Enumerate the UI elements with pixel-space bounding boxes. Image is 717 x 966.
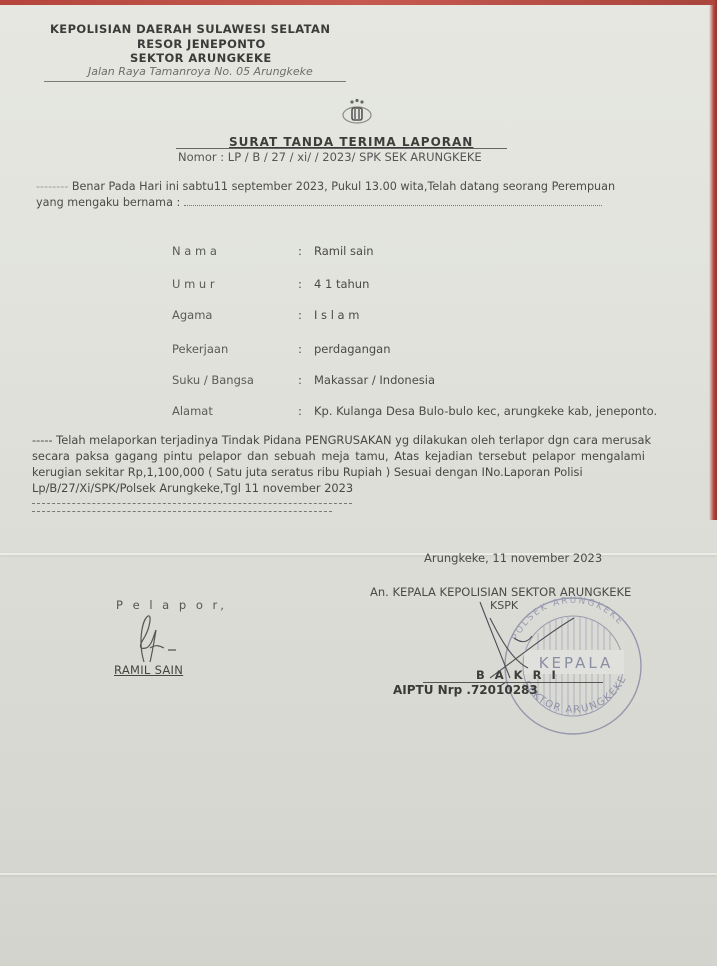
document-page: KEPOLISIAN DAERAH SULAWESI SELATAN RESOR…: [0, 0, 717, 966]
identity-value: perdagangan: [314, 342, 391, 356]
letterhead-sector: SEKTOR ARUNGKEKE: [130, 51, 272, 65]
identity-value: Makassar / Indonesia: [314, 373, 435, 387]
identity-separator: :: [298, 308, 302, 322]
identity-label: U m u r: [172, 277, 292, 291]
identity-separator: :: [298, 404, 302, 418]
dashed-fill-line: [32, 504, 332, 512]
identity-separator: :: [298, 342, 302, 356]
dashed-fill-line: [32, 496, 352, 504]
report-line-4-text: Lp/B/27/Xi/SPK/Polsek Arungkeke,Tgl 11 n…: [32, 481, 353, 495]
identity-separator: :: [298, 277, 302, 291]
intro-text: Benar Pada Hari ini sabtu11 september 20…: [72, 180, 615, 193]
reporter-name: RAMIL SAIN: [114, 663, 183, 677]
intro-name-label: yang mengaku bernama :: [36, 196, 180, 209]
report-line-5: [32, 504, 696, 512]
document-title: SURAT TANDA TERIMA LAPORAN: [229, 135, 473, 149]
identity-label: Agama: [172, 308, 292, 322]
identity-label: Suku / Bangsa: [172, 373, 292, 387]
letterhead-address: Jalan Raya Tamanroya No. 05 Arungkeke: [88, 65, 313, 78]
officer-name: B A K R I: [476, 668, 559, 682]
intro-line-1: -------- Benar Pada Hari ini sabtu11 sep…: [36, 180, 615, 193]
officer-rank-nrp: AIPTU Nrp .72010283: [393, 683, 538, 697]
reporter-label: P e l a p o r,: [116, 598, 227, 612]
identity-separator: :: [298, 244, 302, 258]
letterhead-institution: KEPOLISIAN DAERAH SULAWESI SELATAN: [50, 22, 330, 36]
report-line-4: Lp/B/27/Xi/SPK/Polsek Arungkeke,Tgl 11 n…: [32, 480, 696, 504]
police-emblem-icon: [340, 97, 374, 125]
report-line-1: ----- Telah melaporkan terjadinya Tindak…: [32, 432, 696, 448]
identity-label: Pekerjaan: [172, 342, 292, 356]
intro-line-2: yang mengaku bernama :: [36, 196, 602, 209]
letterhead-divider: [44, 81, 346, 82]
paper-fold: [0, 553, 717, 555]
identity-label: Alamat: [172, 404, 292, 418]
identity-label: N a m a: [172, 244, 292, 258]
paper-right-edge: [709, 0, 717, 520]
report-line-3: kerugian sekitar Rp,1,100,000 ( Satu jut…: [32, 464, 696, 480]
report-paragraph: ----- Telah melaporkan terjadinya Tindak…: [32, 432, 696, 512]
document-number: Nomor : LP / B / 27 / xi/ / 2023/ SPK SE…: [178, 150, 482, 164]
identity-value: Ramil sain: [314, 244, 374, 258]
reporter-signature-icon: [124, 612, 184, 664]
letterhead-resort: RESOR JENEPONTO: [137, 37, 266, 51]
identity-value: I s l a m: [314, 308, 359, 322]
place-date: Arungkeke, 11 november 2023: [424, 551, 602, 565]
identity-value: Kp. Kulanga Desa Bulo-bulo kec, arungkek…: [314, 404, 657, 418]
intro-dash: --------: [36, 180, 68, 193]
identity-separator: :: [298, 373, 302, 387]
paper-top-edge: [0, 0, 717, 5]
dotted-fill-line: [184, 197, 602, 206]
paper-fold: [0, 873, 717, 875]
report-line-2: secara paksa gagang pintu pelapor dan se…: [32, 448, 696, 464]
title-divider: [176, 148, 507, 149]
identity-value: 4 1 tahun: [314, 277, 369, 291]
